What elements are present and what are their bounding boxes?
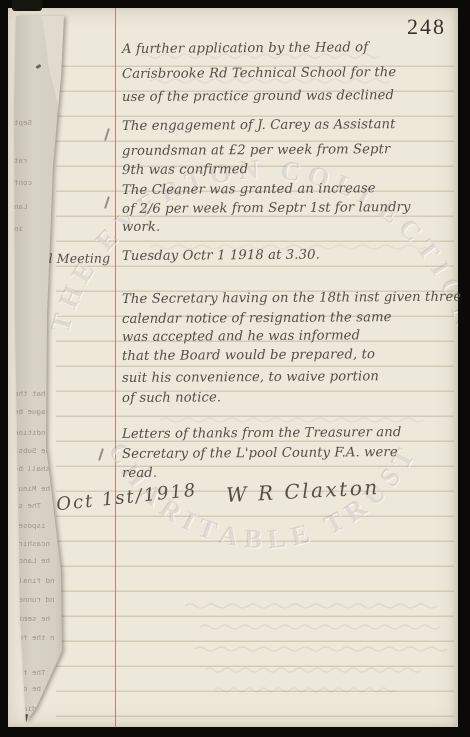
handwritten-line: of such notice. (122, 390, 221, 406)
handwritten-line: work. (122, 220, 160, 235)
bleedthrough-typed-text: ncashire (14, 541, 60, 549)
handwritten-line: groundsman at £2 per week from Septr (122, 142, 390, 159)
handwritten-line: Carisbrooke Rd Technical School for the (122, 65, 396, 82)
handwritten-line: suit his convenience, to waive portion (122, 369, 379, 386)
handwritten-line: Secretary of the L'pool County F.A. were (122, 445, 398, 462)
stamp-arc-top: THE EVERTON COLLECTION (44, 154, 458, 336)
signature: W R Claxton (225, 475, 380, 507)
bleedthrough-typed-text: Sept (14, 120, 60, 128)
handwritten-line: The engagement of J. Carey as Assistant (122, 117, 396, 134)
bleedthrough-writing (8, 8, 458, 727)
handwritten-line: 9th was confirmed (122, 162, 248, 178)
handwritten-line: The Cleaner was granted an increase (122, 181, 376, 198)
bleedthrough-typed-text: ot be dis (14, 686, 60, 694)
page-paper: THE EVERTON COLLECTION CHARITABLE TRUST … (8, 8, 458, 727)
bleedthrough-typed-text: eague be (14, 409, 60, 417)
margin-tick-mark (104, 128, 110, 141)
bleedthrough-typed-text: The se (14, 503, 60, 511)
embossed-stamp: THE EVERTON COLLECTION CHARITABLE TRUST … (8, 8, 458, 727)
bleedthrough-typed-text: ondition (14, 430, 60, 438)
binding-pin (23, 714, 29, 725)
bleedthrough-typed-text: isposed (14, 523, 60, 531)
bleedthrough-typed-text: he Lanca (14, 558, 60, 566)
handwritten-line: A further application by the Head of (122, 40, 368, 57)
scanned-minute-book-page: THE EVERTON COLLECTION CHARITABLE TRUST … (0, 0, 470, 737)
bleedthrough-typed-text: hat the (14, 391, 60, 399)
handwritten-line: that the Board would be prepared, to (122, 347, 375, 364)
bleedthrough-typed-text: he semi- (14, 616, 60, 624)
bleedthrough-typed-text: n the fou (14, 635, 60, 643)
handwritten-line: was accepted and he was informed (122, 328, 360, 345)
bleedthrough-typed-text: Lan (14, 204, 60, 212)
bleedthrough-typed-text: shall be (14, 466, 60, 474)
date-annotation: Oct 1st/1918 (55, 480, 198, 516)
bleedthrough-typed-text: The fix (14, 670, 60, 678)
binding-tab (12, 0, 42, 11)
bleedthrough-typed-text: The Minut (14, 486, 60, 494)
bleedthrough-typed-text: nd finals (14, 578, 60, 586)
stub-fold (12, 16, 74, 136)
handwritten-line: read. (122, 466, 157, 481)
handwritten-line: The Secretary having on the 18th inst gi… (122, 290, 461, 307)
red-margin-line (115, 8, 116, 727)
bleedthrough-typed-text: conf (14, 180, 60, 188)
bleedthrough-typed-text: ubsidiary (14, 706, 60, 714)
margin-tick-mark (104, 196, 110, 209)
handwritten-line: Letters of thanks from the Treasurer and (122, 425, 401, 442)
handwritten-line: use of the practice ground was declined (122, 88, 394, 105)
gutter-stub-wrapper: Sept rat conf Lan in hat the eague be on… (6, 8, 70, 724)
bleedthrough-typed-text: rat (14, 158, 60, 166)
handwritten-line-meeting-date: Tuesday Octr 1 1918 at 3.30. (122, 248, 320, 264)
handwritten-line: calendar notice of resignation the same (122, 310, 392, 327)
bleedthrough-typed-text: in (14, 226, 60, 234)
bleedthrough-typed-text: The Subsi (14, 448, 60, 456)
handwritten-line: of 2/6 per week from Septr 1st for laund… (122, 200, 411, 217)
margin-tick-mark (98, 448, 104, 461)
ink-speck (36, 64, 42, 69)
torn-page-stub: Sept rat conf Lan in hat the eague be on… (12, 16, 74, 730)
page-number: 248 (407, 14, 446, 40)
bleedthrough-typed-text: nd runner (14, 597, 60, 605)
